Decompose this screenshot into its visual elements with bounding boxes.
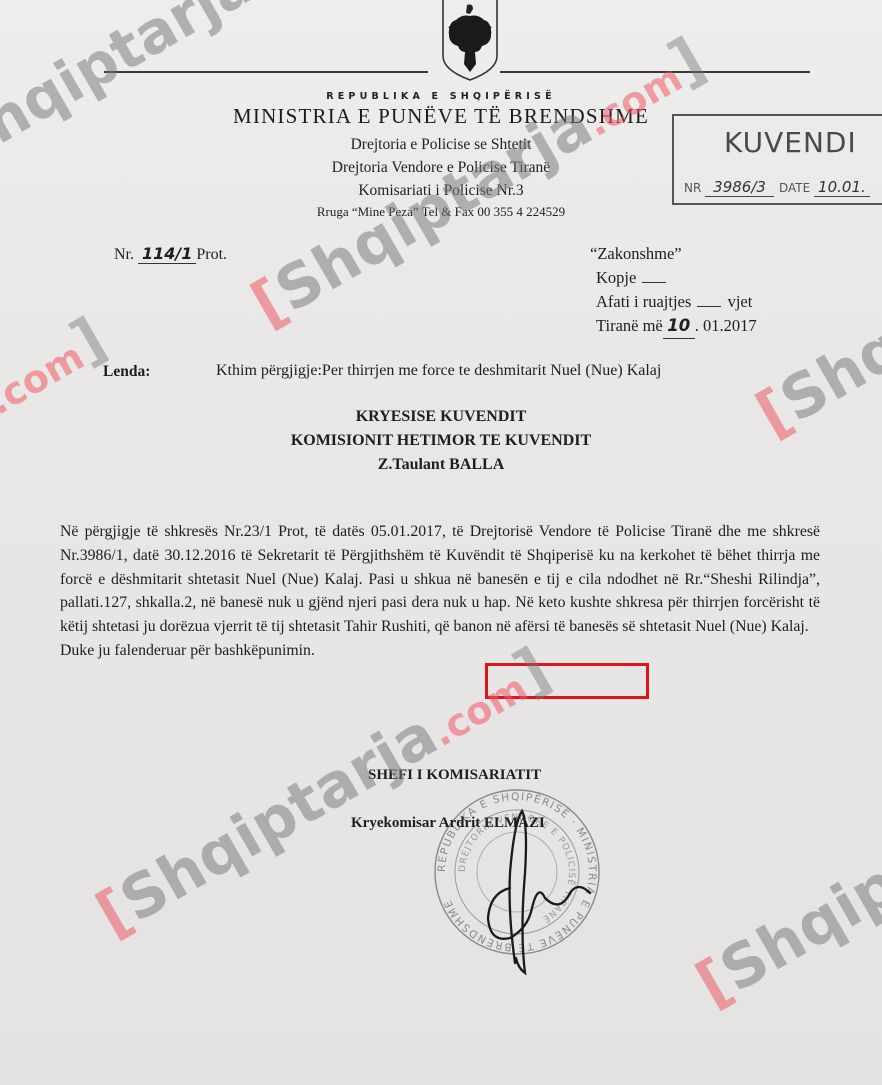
protocol-prefix: Nr. (114, 246, 134, 263)
stamp-nr-value: 3986/3 (705, 178, 774, 197)
signatory-title: SHEFI I KOMISARIATIT (368, 767, 541, 784)
addressee-line-1: KRYESISE KUVENDIT (0, 408, 882, 426)
stamp-nr-label: NR (684, 181, 701, 195)
protocol-suffix: Prot. (196, 246, 227, 263)
addressee-line-3: Z.Taulant BALLA (0, 456, 882, 474)
address-line: Rruga “Mine Peza” Tel & Fax 00 355 4 224… (0, 204, 882, 220)
kuvendi-receipt-stamp: KUVENDI NR 3986/3 DATE 10.01. (672, 114, 882, 205)
subject-text: Kthim përgjigje:Per thirrjen me force te… (216, 362, 661, 380)
letter-body: Në përgjigje të shkresës Nr.23/1 Prot, t… (60, 520, 820, 663)
retention-line: Afati i ruajtjes vjet (596, 290, 757, 314)
closing-line: Duke ju falenderuar për bashkëpunimin. (60, 639, 820, 663)
place-date-line: Tiranë më10. 01.2017 (596, 314, 757, 339)
highlight-box (485, 663, 649, 699)
subject-label: Lenda: (103, 363, 150, 381)
document-page: REPUBLIKA E SHQIPËRISË MINISTRIA E PUNËV… (0, 0, 882, 1085)
copies-line: Kopje (596, 266, 757, 290)
stamp-date-value: 10.01. (814, 178, 870, 197)
copies-blank (642, 282, 666, 283)
republic-heading: REPUBLIKA E SHQIPËRISË (0, 91, 882, 102)
protocol-number: Nr. 114/1Prot. (114, 244, 227, 264)
body-paragraph: Në përgjigje të shkresës Nr.23/1 Prot, t… (60, 520, 820, 639)
handwritten-signature-icon (470, 793, 600, 983)
classification-block: “Zakonshme” Kopje Afati i ruajtjes vjet … (596, 242, 757, 339)
protocol-handwritten-number: 114/1 (138, 244, 196, 264)
stamp-number: NR 3986/3 (684, 178, 774, 196)
addressee-line-2: KOMISIONIT HETIMOR TE KUVENDIT (0, 432, 882, 450)
highlighted-name: Nuel (Nue) Kalaj. (695, 618, 809, 635)
retention-blank (697, 306, 721, 307)
header-rule-left (104, 71, 428, 73)
stamp-title: KUVENDI (724, 126, 857, 159)
albanian-eagle-emblem-icon (440, 0, 500, 82)
classification-type: “Zakonshme” (590, 242, 757, 266)
stamp-date-label: DATE (779, 181, 810, 195)
watermark-bottom-right: [Shqiptarja (685, 770, 882, 1020)
handwritten-day: 10 (663, 314, 695, 339)
header-rule-right (500, 71, 810, 73)
stamp-date: DATE 10.01. (779, 178, 870, 196)
